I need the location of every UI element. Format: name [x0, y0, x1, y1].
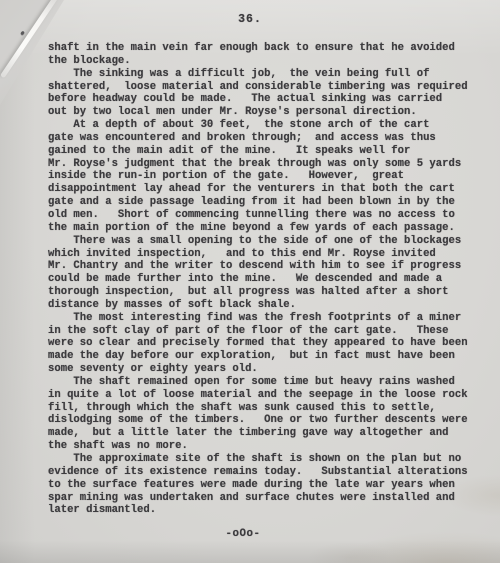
text-line: Mr. Chantry and the writer to descend wi…	[48, 260, 468, 273]
text-line: gained to the main adit of the mine. It …	[48, 145, 468, 158]
end-of-section-mark: -oOo-	[0, 528, 486, 540]
text-line: before headway could be made. The actual…	[48, 93, 468, 106]
text-line: distance by masses of soft black shale.	[48, 299, 468, 312]
body-text: shaft in the main vein far enough back t…	[48, 42, 468, 517]
text-line: some seventy or eighty years old.	[48, 363, 468, 376]
text-line: made, but a little later the timbering g…	[48, 427, 468, 440]
text-line: shattered, loose material and considerab…	[48, 81, 468, 94]
text-line: spar mining was undertaken and surface c…	[48, 492, 468, 505]
text-line: were so clear and precisely formed that …	[48, 337, 468, 350]
text-line: Mr. Royse's judgment that the break thro…	[48, 158, 468, 171]
text-line: could be made further into the mine. We …	[48, 273, 468, 286]
text-line: disappointment lay ahead for the venture…	[48, 183, 468, 196]
text-line: evidence of its existence remains today.…	[48, 466, 468, 479]
text-line: The sinking was a difficult job, the vei…	[48, 68, 468, 81]
scanned-document-page: 36. shaft in the main vein far enough ba…	[0, 0, 500, 563]
text-line: thorough inspection, but all progress wa…	[48, 286, 468, 299]
text-line: to the surface features were made during…	[48, 479, 468, 492]
text-line: gate was encountered and broken through;…	[48, 132, 468, 145]
text-line: the main portion of the mine beyond a fe…	[48, 222, 468, 235]
text-line: which invited inspection, and to this en…	[48, 248, 468, 261]
text-line: fill, through which the shaft was sunk c…	[48, 402, 468, 415]
text-line: The approximate site of the shaft is sho…	[48, 453, 468, 466]
text-line: out by two local men under Mr. Royse's p…	[48, 106, 468, 119]
text-line: in quite a lot of loose material and the…	[48, 389, 468, 402]
text-line: the blockage.	[48, 55, 468, 68]
text-line: inside the run-in portion of the gate. H…	[48, 170, 468, 183]
text-line: The shaft remained open for some time bu…	[48, 376, 468, 389]
text-line: later dismantled.	[48, 504, 468, 517]
page-number: 36.	[0, 13, 500, 26]
text-line: gate and a side passage leading from it …	[48, 196, 468, 209]
text-line: old men. Short of commencing tunnelling …	[48, 209, 468, 222]
text-line: shaft in the main vein far enough back t…	[48, 42, 468, 55]
text-line: There was a small opening to the side of…	[48, 235, 468, 248]
text-line: The most interesting find was the fresh …	[48, 312, 468, 325]
text-line: At a depth of about 30 feet, the stone a…	[48, 119, 468, 132]
text-line: the shaft was no more.	[48, 440, 468, 453]
text-line: made the day before our exploration, but…	[48, 350, 468, 363]
text-line: in the soft clay of part of the floor of…	[48, 325, 468, 338]
text-line: dislodging some of the timbers. One or t…	[48, 414, 468, 427]
